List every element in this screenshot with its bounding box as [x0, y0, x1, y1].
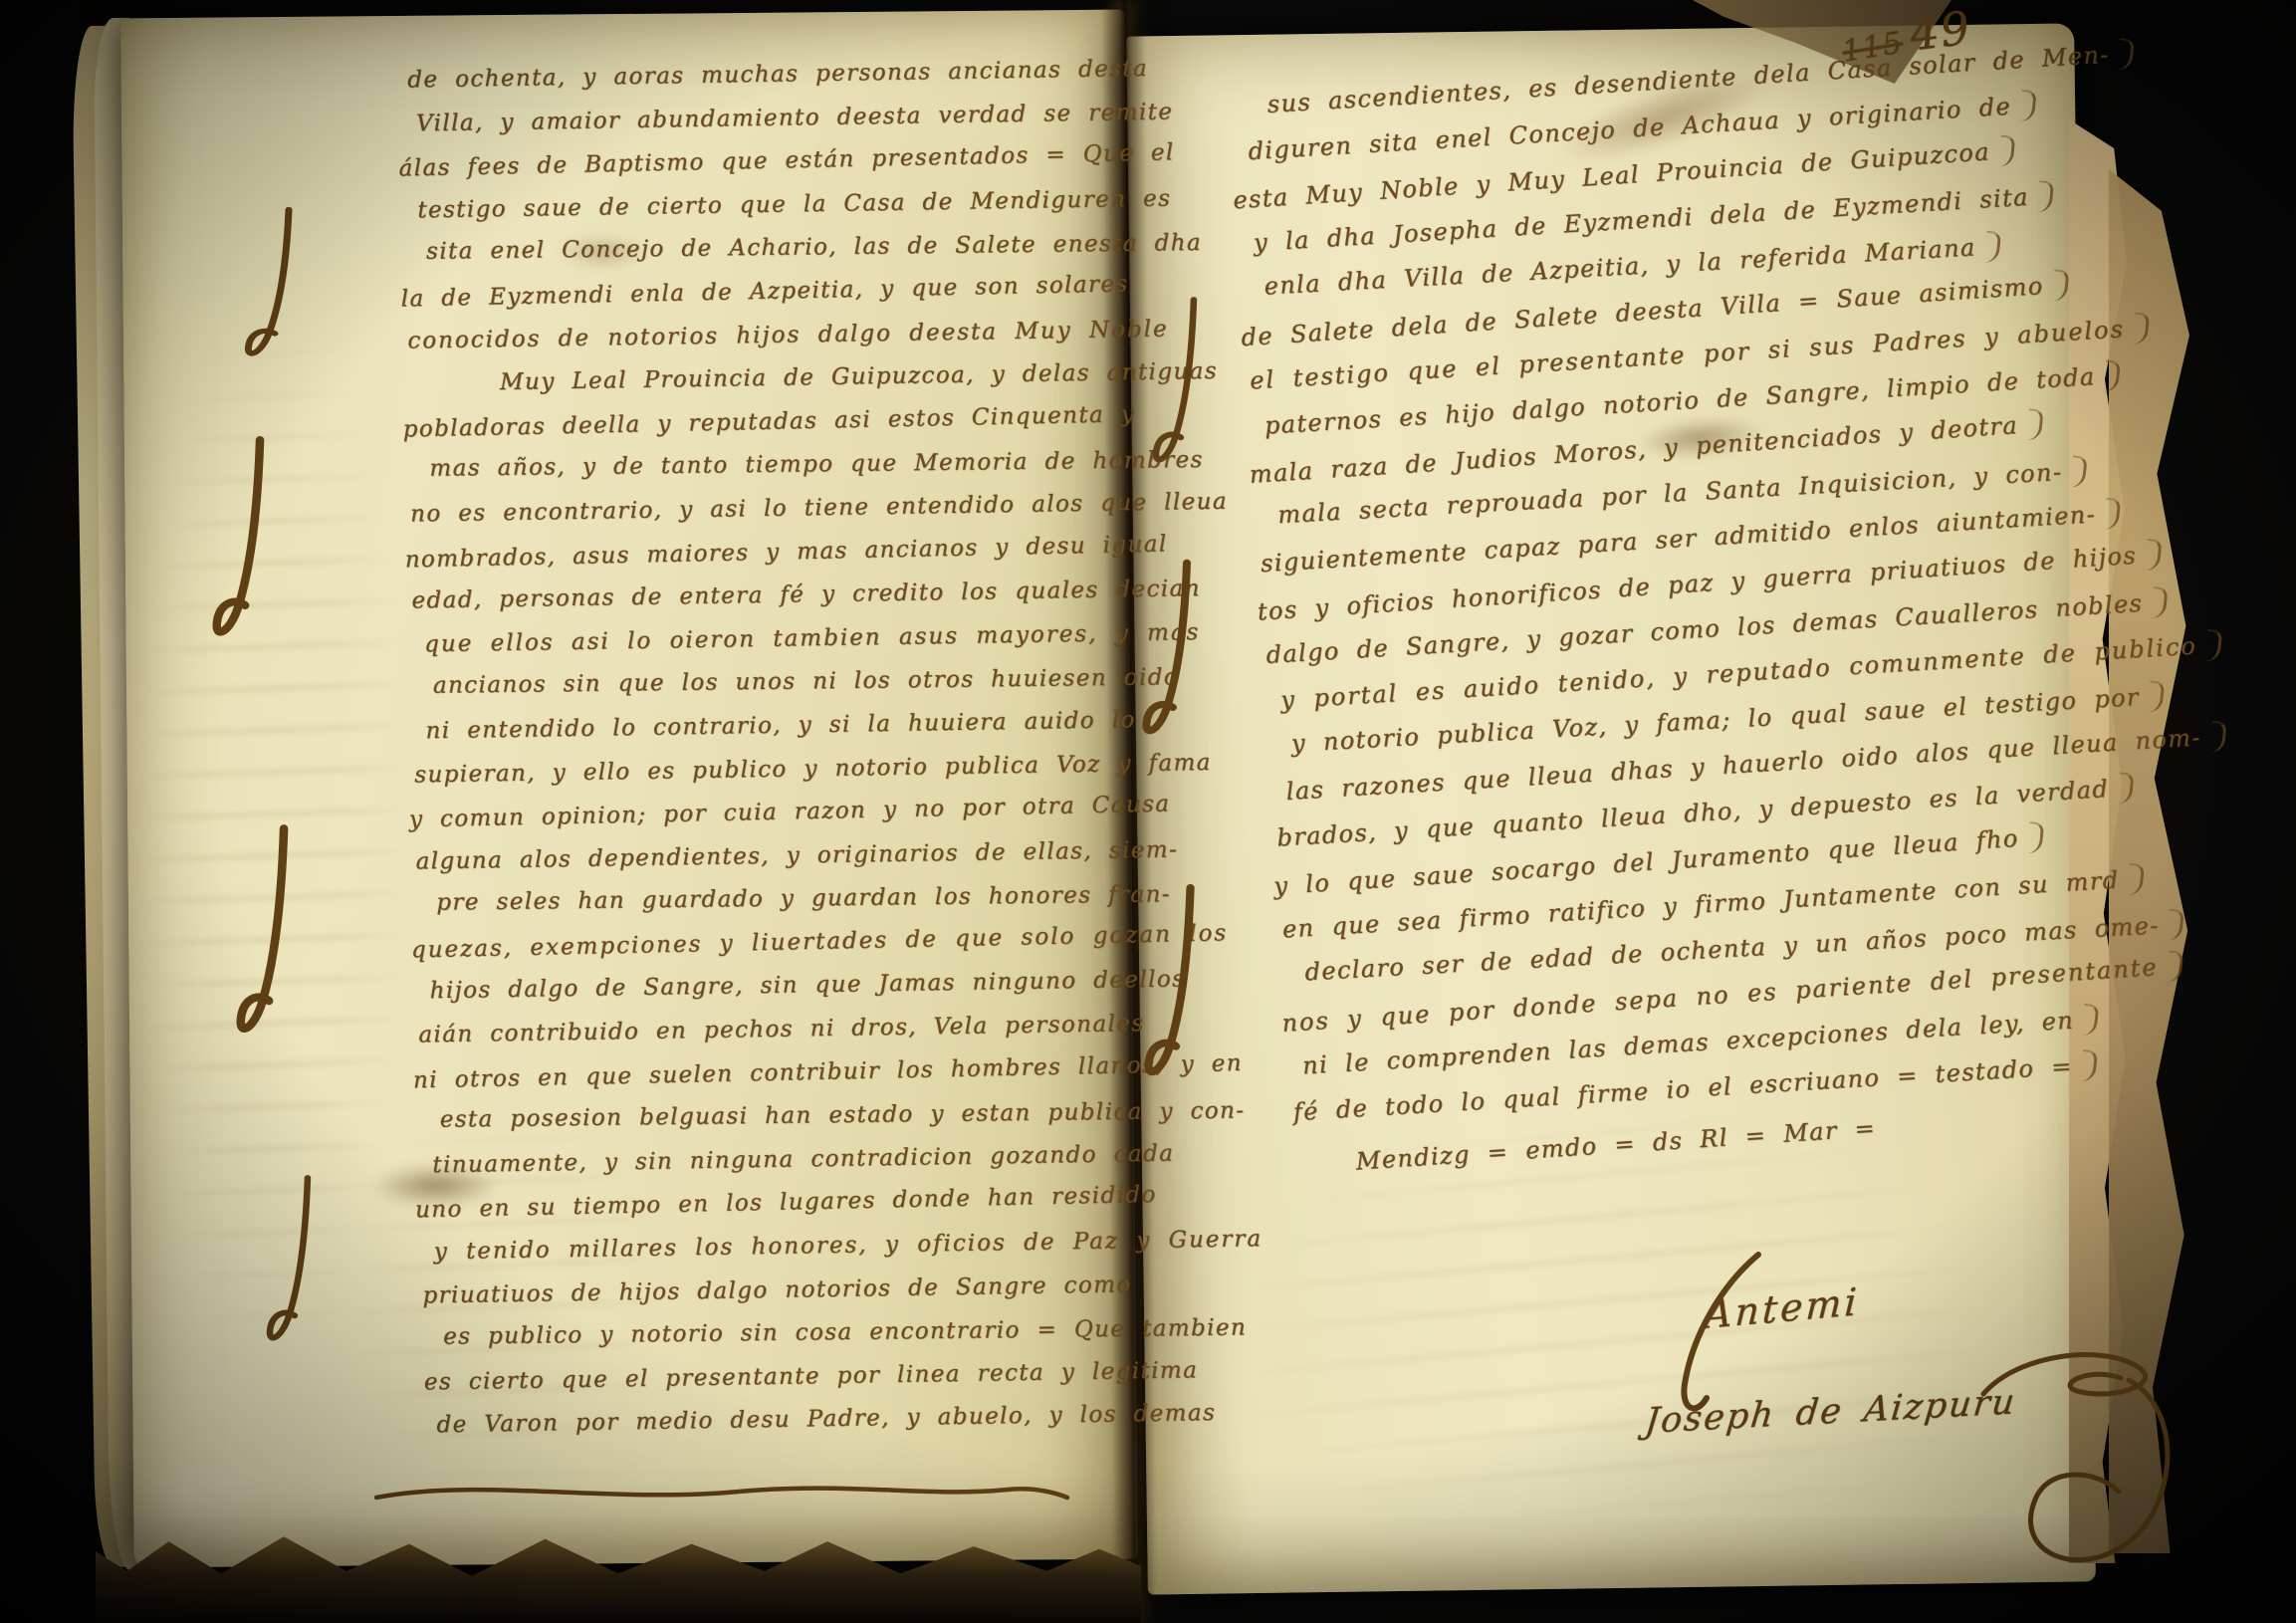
margin-flourish — [1143, 882, 1205, 1111]
closing-underline-flourish — [370, 1468, 1073, 1511]
margin-flourish — [1141, 558, 1201, 767]
left-page-text: de ochenta, y aoras muchas personas anci… — [403, 57, 1122, 1457]
manuscript-text-line: ancianos sin que los unos ni los otros h… — [433, 665, 1110, 716]
margin-flourish — [1151, 295, 1207, 494]
margin-flourish — [235, 822, 299, 1071]
right-page-text: sus ascendientes, es desendiente dela Ca… — [1233, 42, 2143, 1195]
manuscript-text-line: mas años, y de tanto tiempo que Memoria … — [429, 448, 1106, 499]
manuscript-photo: 115 49 de ochenta, y aoras muchas person… — [0, 0, 2296, 1623]
manuscript-text-line: esta posesion belguasi han estado y esta… — [440, 1099, 1117, 1150]
antemi-swash — [1663, 1245, 1782, 1424]
margin-flourish — [243, 205, 303, 384]
margin-flourish — [265, 1173, 321, 1372]
manuscript-text-line: es publico y notorio sin cosa encontrari… — [443, 1316, 1120, 1367]
signature-rubric — [1969, 1340, 2198, 1589]
margin-flourish — [211, 434, 275, 673]
